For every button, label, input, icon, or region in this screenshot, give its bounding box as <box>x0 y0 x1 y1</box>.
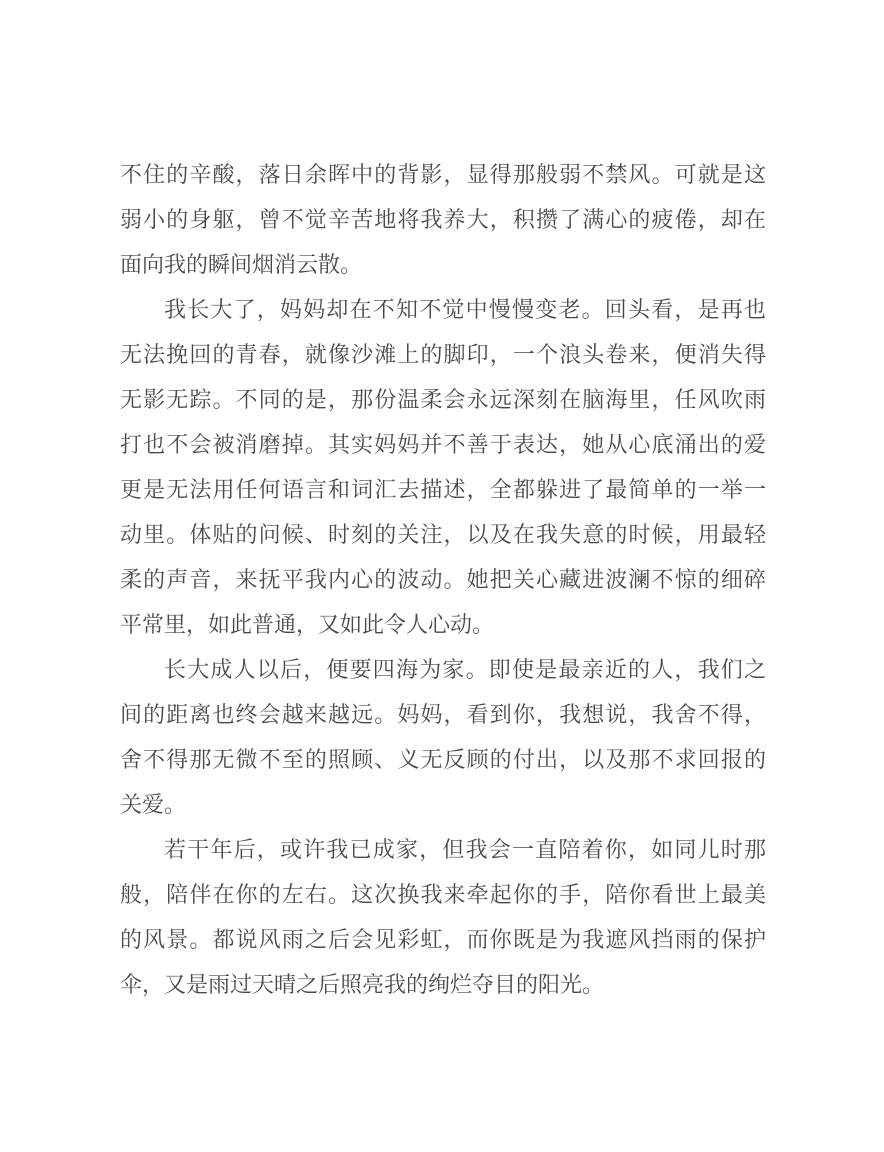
text-line: 打也不会被消磨掉。其实妈妈并不善于表达，她从心底涌出的爱 <box>120 422 766 467</box>
text-line: 的风景。都说风雨之后会见彩虹，而你既是为我遮风挡雨的保护 <box>120 917 766 962</box>
text-line: 长大成人以后，便要四海为家。即使是最亲近的人，我们之 <box>120 647 766 692</box>
essay-body: 不住的辛酸，落日余晖中的背影，显得那般弱不禁风。可就是这弱小的身躯，曾不觉辛苦地… <box>120 152 766 1007</box>
text-line: 无影无踪。不同的是，那份温柔会永远深刻在脑海里，任风吹雨 <box>120 377 766 422</box>
text-line: 不住的辛酸，落日余晖中的背影，显得那般弱不禁风。可就是这 <box>120 152 766 197</box>
text-line: 无法挽回的青春，就像沙滩上的脚印，一个浪头卷来，便消失得 <box>120 332 766 377</box>
paragraph: 长大成人以后，便要四海为家。即使是最亲近的人，我们之间的距离也终会越来越远。妈妈… <box>120 647 766 827</box>
text-line: 舍不得那无微不至的照顾、义无反顾的付出，以及那不求回报的 <box>120 737 766 782</box>
paragraph: 若干年后，或许我已成家，但我会一直陪着你，如同儿时那般，陪伴在你的左右。这次换我… <box>120 827 766 1007</box>
text-line: 更是无法用任何语言和词汇去描述，全都躲进了最简单的一举一 <box>120 467 766 512</box>
text-line: 柔的声音，来抚平我内心的波动。她把关心藏进波澜不惊的细碎 <box>120 557 766 602</box>
text-line: 平常里，如此普通，又如此令人心动。 <box>120 602 766 647</box>
paragraph: 不住的辛酸，落日余晖中的背影，显得那般弱不禁风。可就是这弱小的身躯，曾不觉辛苦地… <box>120 152 766 287</box>
text-line: 若干年后，或许我已成家，但我会一直陪着你，如同儿时那 <box>120 827 766 872</box>
document-page: 不住的辛酸，落日余晖中的背影，显得那般弱不禁风。可就是这弱小的身躯，曾不觉辛苦地… <box>0 0 884 1152</box>
text-line: 弱小的身躯，曾不觉辛苦地将我养大，积攒了满心的疲倦，却在 <box>120 197 766 242</box>
text-line: 关爱。 <box>120 782 766 827</box>
text-line: 动里。体贴的问候、时刻的关注，以及在我失意的时候，用最轻 <box>120 512 766 557</box>
text-line: 伞，又是雨过天晴之后照亮我的绚烂夺目的阳光。 <box>120 962 766 1007</box>
text-line: 我长大了，妈妈却在不知不觉中慢慢变老。回头看，是再也 <box>120 287 766 332</box>
text-line: 面向我的瞬间烟消云散。 <box>120 242 766 287</box>
paragraph: 我长大了，妈妈却在不知不觉中慢慢变老。回头看，是再也无法挽回的青春，就像沙滩上的… <box>120 287 766 647</box>
text-line: 间的距离也终会越来越远。妈妈，看到你，我想说，我舍不得， <box>120 692 766 737</box>
text-line: 般，陪伴在你的左右。这次换我来牵起你的手，陪你看世上最美 <box>120 872 766 917</box>
